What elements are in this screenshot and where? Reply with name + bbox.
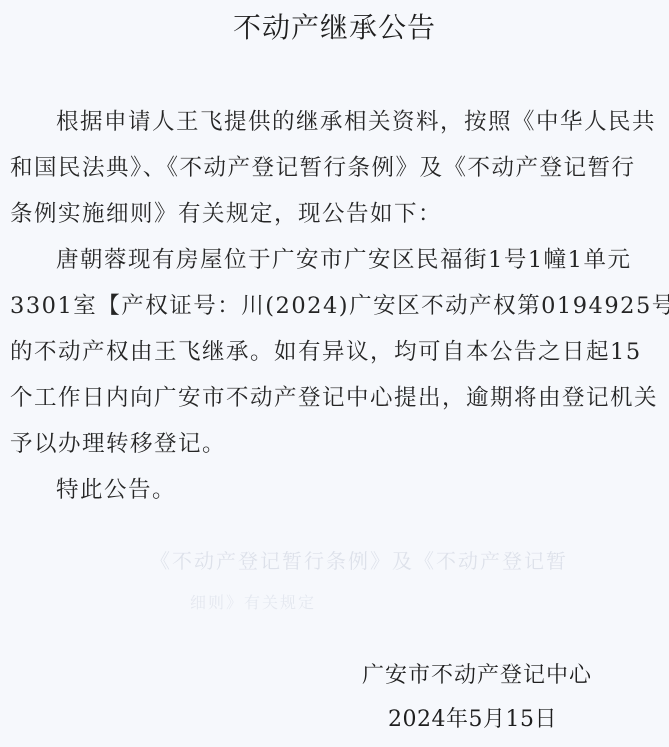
paragraph-2-line-2: 3301室【产权证号：川(2024)广安区不动产权第0194925号】 [10,283,660,329]
document-title: 不动产继承公告 [0,6,669,50]
document-body: 根据申请人王飞提供的继承相关资料，按照《中华人民共 和国民法典》、《不动产登记暂… [10,99,660,513]
paragraph-1-line-2: 和国民法典》、《不动产登记暂行条例》及《不动产登记暂行 [10,145,660,191]
show-through-text: 《不动产登记暂行条例》及《不动产登记暂 [150,545,568,574]
closing-statement: 特此公告。 [10,467,660,513]
issue-date: 2024年5月15日 [388,700,557,740]
paragraph-2-line-3: 的不动产权由王飞继承。如有异议，均可自本公告之日起15 [10,329,660,375]
issuer-signature: 广安市不动产登记中心 [362,656,592,696]
show-through-text: 细则》有关规定 [190,590,316,613]
paragraph-2-line-5: 予以办理转移登记。 [10,421,660,467]
paragraph-2-line-4: 个工作日内向广安市不动产登记中心提出，逾期将由登记机关 [10,375,660,421]
paragraph-1-line-1: 根据申请人王飞提供的继承相关资料，按照《中华人民共 [10,99,660,145]
paragraph-2-line-1: 唐朝蓉现有房屋位于广安市广安区民福街1号1幢1单元 [10,237,660,283]
paragraph-1-line-3: 条例实施细则》有关规定，现公告如下： [10,191,660,237]
